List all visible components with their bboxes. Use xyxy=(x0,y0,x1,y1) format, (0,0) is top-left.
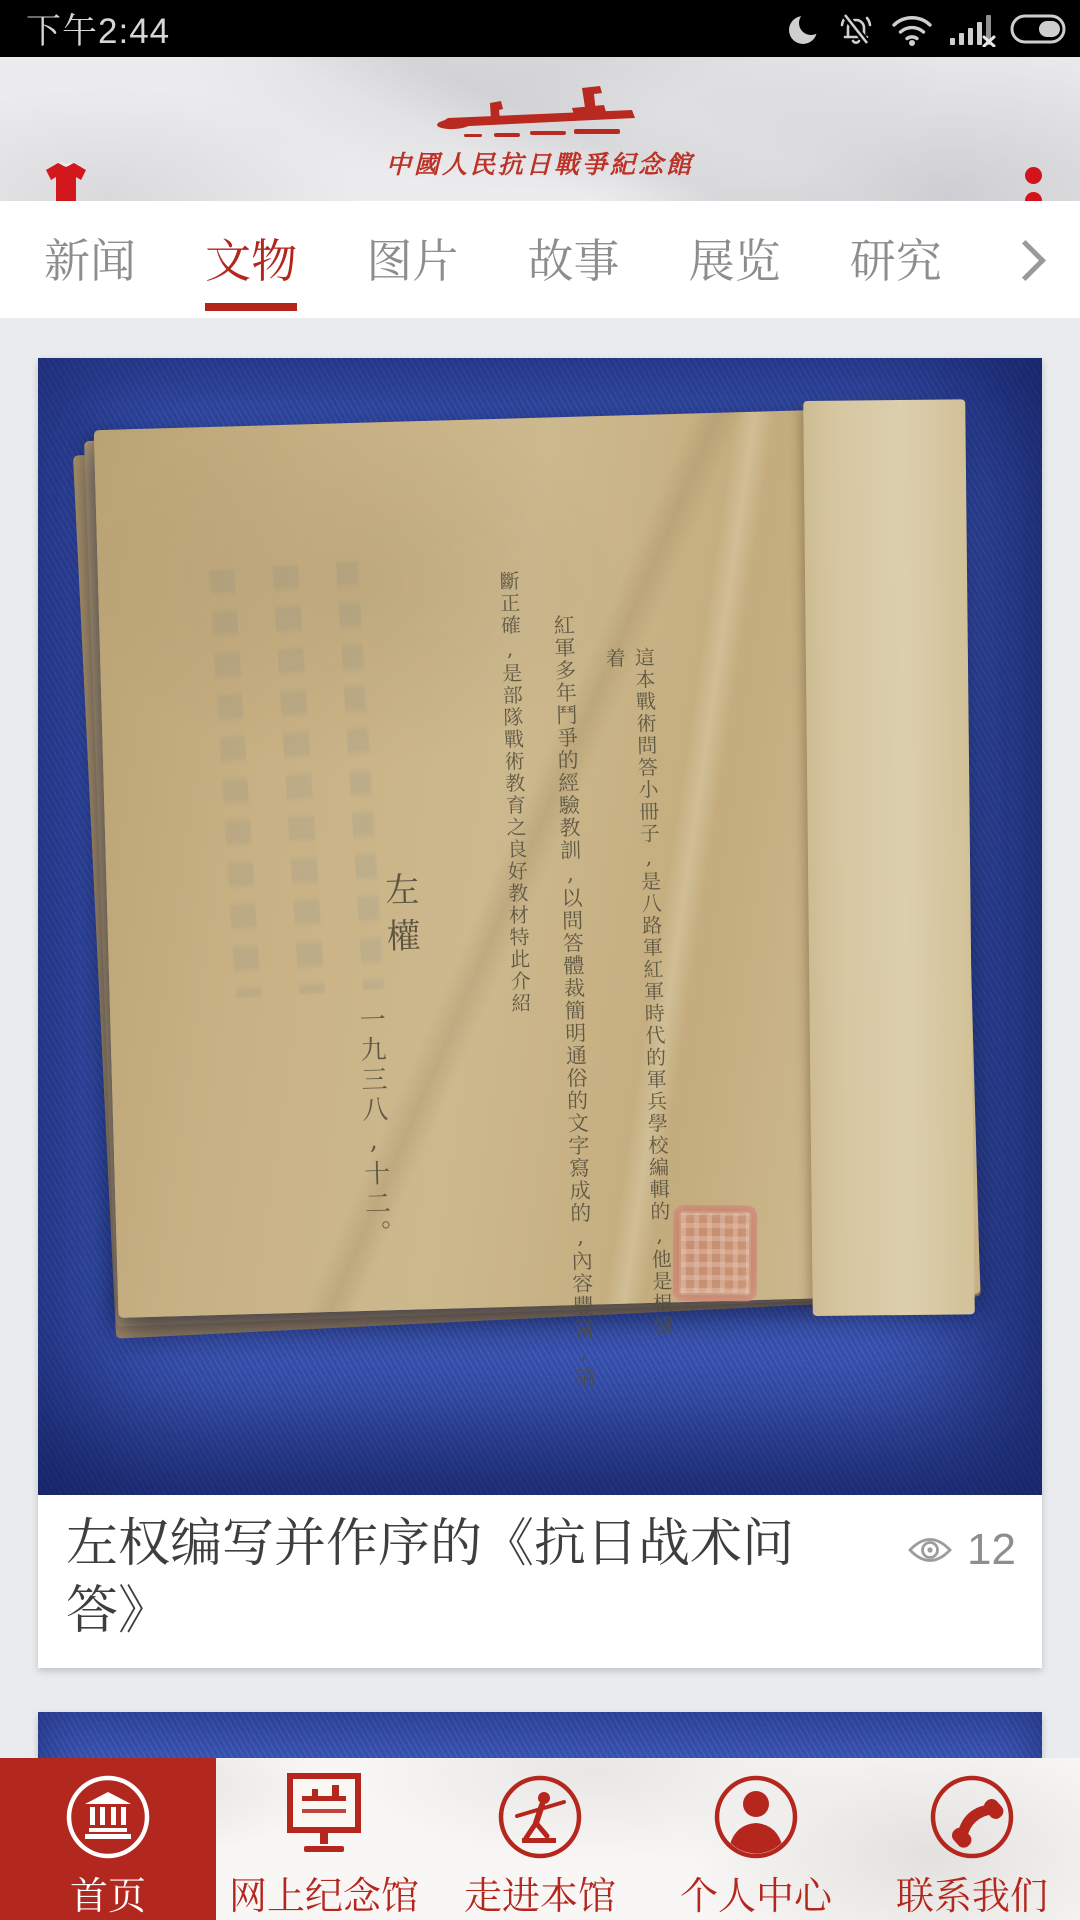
booklet-cover: 這本戰術問答小冊子,是八路軍紅軍時代的軍兵學校編輯的,他是根據着 紅軍多年鬥爭的… xyxy=(94,406,980,1318)
article-title: 左权编写并作序的《抗日战术问答》 xyxy=(66,1511,836,1645)
tab-relics[interactable]: 文物 xyxy=(205,238,297,311)
view-counter: 12 xyxy=(906,1525,1016,1575)
booklet-column-3: 斷正確,是部隊戰術教育之良好教材特此介紹 xyxy=(494,570,536,1021)
nav-contact-us[interactable]: 联系我们 xyxy=(864,1758,1080,1920)
nav-home[interactable]: 首页 xyxy=(0,1758,216,1920)
view-count: 12 xyxy=(967,1525,1016,1575)
artifact-photo: 這本戰術問答小冊子,是八路軍紅軍時代的軍兵學校編輯的,他是根據着 紅軍多年鬥爭的… xyxy=(38,358,1042,1495)
nav-visit-museum-label: 走进本馆 xyxy=(464,1865,616,1920)
chevron-right-icon[interactable] xyxy=(1005,240,1046,281)
museum-logo: 中國人民抗日戰爭紀念館 xyxy=(0,57,1080,181)
tab-news[interactable]: 新闻 xyxy=(44,238,136,284)
person-icon xyxy=(710,1771,802,1863)
museum-logo-calligraphy: 中國人民抗日戰爭紀念館 xyxy=(386,145,694,181)
article-caption: 左权编写并作序的《抗日战术问答》 12 xyxy=(38,1495,1042,1668)
status-icons xyxy=(784,10,1066,48)
tab-pictures[interactable]: 图片 xyxy=(366,238,458,284)
online-memorial-monitor-icon xyxy=(276,1770,372,1864)
nav-home-label: 首页 xyxy=(70,1865,146,1920)
booklet-column-2: 紅軍多年鬥爭的經驗教訓,以問答體裁簡明通俗的文字寫成的,內容豐富,論 xyxy=(548,614,600,1390)
clock: 下午2:44 xyxy=(26,4,170,54)
tab-exhibitions[interactable]: 展览 xyxy=(689,238,781,284)
tab-stories[interactable]: 故事 xyxy=(527,238,619,284)
booklet-column-1: 這本戰術問答小冊子,是八路軍紅軍時代的軍兵學校編輯的,他是根據着 xyxy=(600,647,678,1358)
nav-personal-center[interactable]: 个人中心 xyxy=(648,1758,864,1920)
nav-visit-museum[interactable]: 走进本馆 xyxy=(432,1758,648,1920)
app-header: 中國人民抗日戰爭紀念館 xyxy=(0,57,1080,201)
do-not-disturb-moon-icon xyxy=(784,10,822,48)
app-screen: 下午2:44 xyxy=(0,0,1080,1920)
tab-research[interactable]: 研究 xyxy=(850,238,942,284)
soldier-statue-icon xyxy=(494,1771,586,1863)
nav-online-memorial[interactable]: 网上纪念馆 xyxy=(216,1758,432,1920)
nav-online-memorial-label: 网上纪念馆 xyxy=(229,1865,419,1920)
booklet-date: 一九三八,十二。 xyxy=(352,1005,396,1256)
article-card[interactable]: 這本戰術問答小冊子,是八路軍紅軍時代的軍兵學校編輯的,他是根據着 紅軍多年鬥爭的… xyxy=(38,358,1042,1668)
category-tab-bar: 新闻 文物 图片 故事 展览 研究 xyxy=(0,201,1080,318)
museum-building-icon xyxy=(62,1771,154,1863)
wifi-icon xyxy=(890,11,934,47)
phone-icon xyxy=(926,1771,1018,1863)
booklet-right-flap xyxy=(803,399,975,1315)
bottom-nav: 首页 网上纪念馆 xyxy=(0,1758,1080,1920)
nav-contact-us-label: 联系我们 xyxy=(896,1865,1048,1920)
booklet-signature: 左權 xyxy=(374,871,426,972)
ink-bleed-through xyxy=(208,560,385,999)
nav-personal-center-label: 个人中心 xyxy=(680,1865,832,1920)
red-seal-stamp-icon xyxy=(673,1205,758,1302)
museum-logo-bridge-icon xyxy=(434,83,646,145)
battery-icon xyxy=(1010,14,1066,44)
eye-icon xyxy=(906,1533,954,1567)
bell-muted-icon xyxy=(836,10,876,48)
signal-bars-icon xyxy=(948,11,996,47)
status-bar: 下午2:44 xyxy=(0,0,1080,57)
